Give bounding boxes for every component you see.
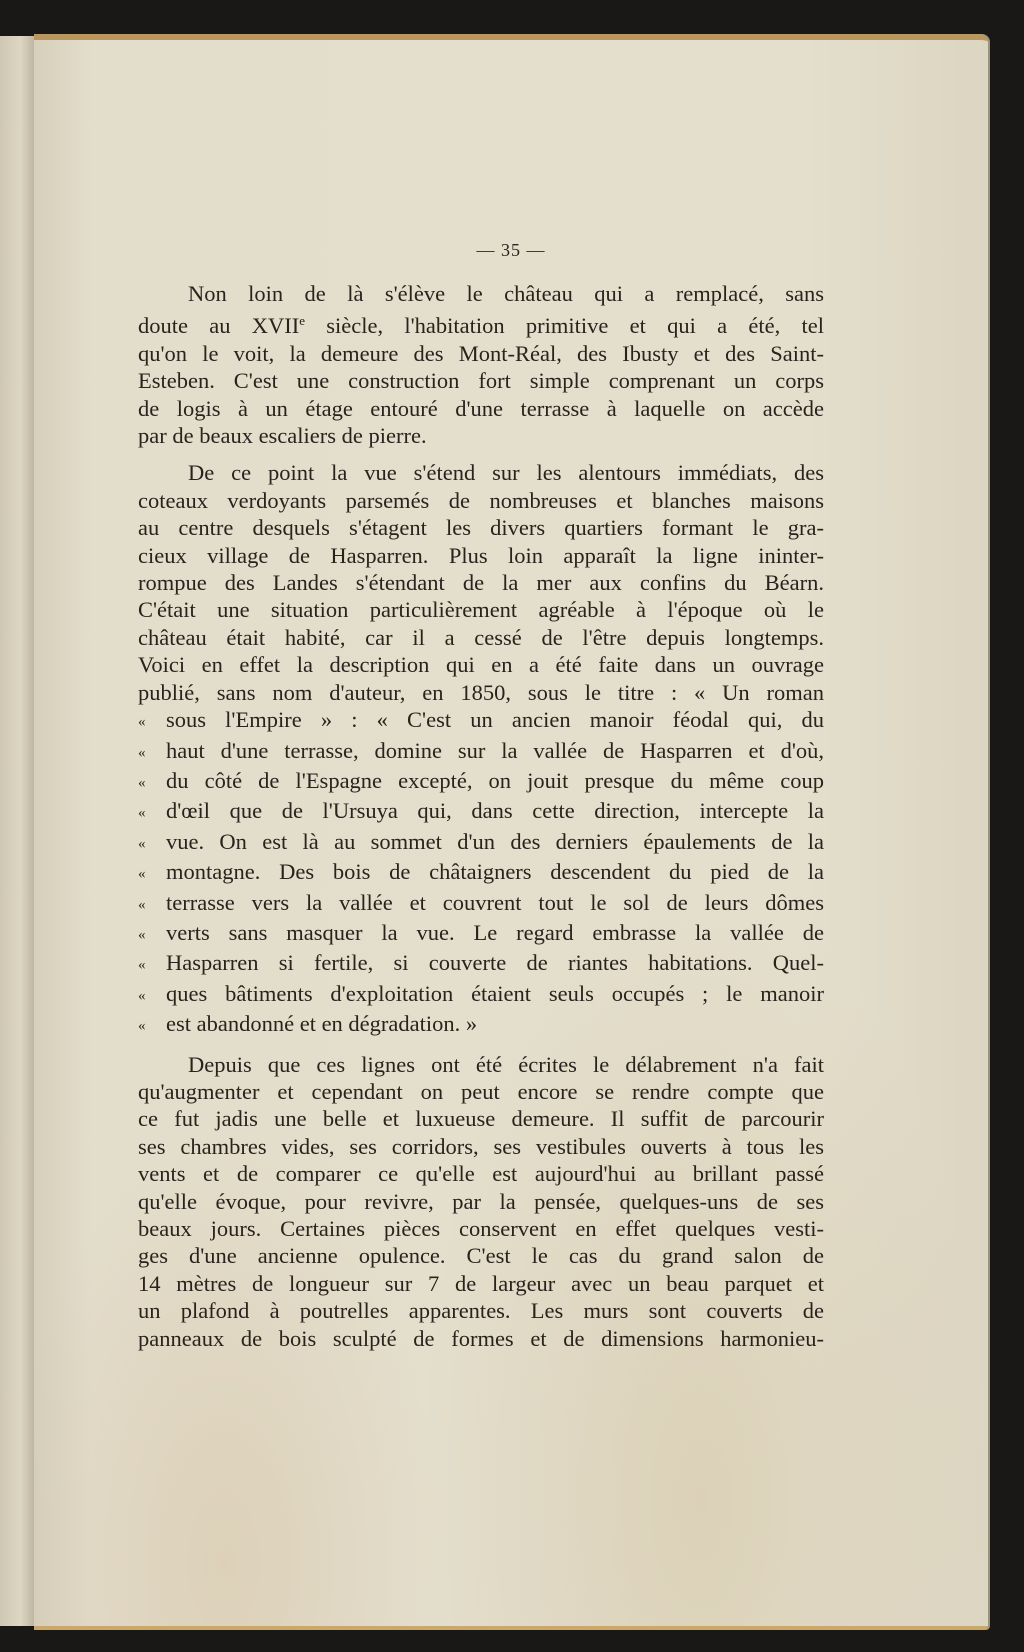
- text-line: ce fut jadis une belle et luxueuse demeu…: [138, 1105, 824, 1132]
- quote-mark: «: [138, 983, 166, 1010]
- quoted-text: d'œil que de l'Ursuya qui, dans cette di…: [166, 798, 824, 823]
- paragraph-1: Non loin de là s'élève le château qui a …: [138, 280, 824, 449]
- quoted-text: sous l'Empire » : « C'est un ancien mano…: [166, 707, 824, 732]
- text-line: Non loin de là s'élève le château qui a …: [138, 280, 824, 307]
- text-line: Voici en effet la description qui en a é…: [138, 651, 824, 678]
- text-line: ges d'une ancienne opulence. C'est le ca…: [138, 1242, 824, 1269]
- quote-mark: «: [138, 800, 166, 827]
- text-fragment: siècle, l'habitation primitive et qui a …: [305, 313, 824, 338]
- quoted-line: «haut d'une terrasse, domine sur la vall…: [138, 737, 824, 767]
- quoted-line: «Hasparren si fertile, si couverte de ri…: [138, 949, 824, 979]
- text-line: publié, sans nom d'auteur, en 1850, sous…: [138, 679, 824, 706]
- quote-mark: «: [138, 922, 166, 949]
- page-number: — 35 —: [34, 240, 988, 261]
- text-line: château était habité, car il a cessé de …: [138, 624, 824, 651]
- previous-page-edge: [0, 36, 36, 1626]
- text-line: ses chambres vides, ses corridors, ses v…: [138, 1133, 824, 1160]
- quoted-text: est abandonné et en dégradation. »: [166, 1011, 477, 1036]
- quoted-text: montagne. Des bois de châtaigners descen…: [166, 859, 824, 884]
- quoted-text: du côté de l'Espagne excepté, on jouit p…: [166, 768, 824, 793]
- text-line: qu'on le voit, la demeure des Mont-Réal,…: [138, 340, 824, 367]
- paragraph-3: Depuis que ces lignes ont été écrites le…: [138, 1051, 824, 1352]
- book-page: — 35 — Non loin de là s'élève le château…: [34, 34, 988, 1630]
- quoted-line: «ques bâtiments d'exploitation étaient s…: [138, 980, 824, 1010]
- quoted-line: «sous l'Empire » : « C'est un ancien man…: [138, 706, 824, 736]
- quoted-text: Hasparren si fertile, si couverte de ria…: [166, 950, 824, 975]
- quote-mark: «: [138, 709, 166, 736]
- text-line: C'était une situation particulièrement a…: [138, 596, 824, 623]
- text-line: 14 mètres de longueur sur 7 de largeur a…: [138, 1270, 824, 1297]
- text-line: vents et de comparer ce qu'elle est aujo…: [138, 1160, 824, 1187]
- quoted-text: terrasse vers la vallée et couvrent tout…: [166, 890, 824, 915]
- text-line: un plafond à poutrelles apparentes. Les …: [138, 1297, 824, 1324]
- quoted-text: haut d'une terrasse, domine sur la vallé…: [166, 738, 824, 763]
- quoted-line: «est abandonné et en dégradation. »: [138, 1010, 824, 1040]
- text-line: Depuis que ces lignes ont été écrites le…: [138, 1051, 824, 1078]
- text-fragment: doute au XVII: [138, 313, 299, 338]
- text-line: au centre desquels s'étagent les divers …: [138, 514, 824, 541]
- quote-mark: «: [138, 892, 166, 919]
- text-line: doute au XVIIe siècle, l'habitation prim…: [138, 307, 824, 339]
- quote-mark: «: [138, 861, 166, 888]
- quote-mark: «: [138, 1013, 166, 1040]
- text-line: cieux village de Hasparren. Plus loin ap…: [138, 542, 824, 569]
- quote-mark: «: [138, 740, 166, 767]
- quoted-line: «vue. On est là au sommet d'un des derni…: [138, 828, 824, 858]
- text-line: rompue des Landes s'étendant de la mer a…: [138, 569, 824, 596]
- quoted-text: ques bâtiments d'exploitation étaient se…: [166, 981, 824, 1006]
- text-line: Esteben. C'est une construction fort sim…: [138, 367, 824, 394]
- text-line: coteaux verdoyants parsemés de nombreuse…: [138, 487, 824, 514]
- quoted-text: vue. On est là au sommet d'un des dernie…: [166, 829, 824, 854]
- quoted-line: «du côté de l'Espagne excepté, on jouit …: [138, 767, 824, 797]
- text-line: de logis à un étage entouré d'une terras…: [138, 395, 824, 422]
- quote-mark: «: [138, 770, 166, 797]
- quote-mark: «: [138, 831, 166, 858]
- quoted-line: «verts sans masquer la vue. Le regard em…: [138, 919, 824, 949]
- text-line: qu'augmenter et cependant on peut encore…: [138, 1078, 824, 1105]
- text-line: panneaux de bois sculpté de formes et de…: [138, 1325, 824, 1352]
- quoted-line: «terrasse vers la vallée et couvrent tou…: [138, 889, 824, 919]
- text-line: beaux jours. Certaines pièces conservent…: [138, 1215, 824, 1242]
- text-line: par de beaux escaliers de pierre.: [138, 422, 824, 449]
- text-line: De ce point la vue s'étend sur les alent…: [138, 459, 824, 486]
- paragraph-2: De ce point la vue s'étend sur les alent…: [138, 459, 824, 1040]
- text-line: qu'elle évoque, pour revivre, par la pen…: [138, 1188, 824, 1215]
- quoted-line: «d'œil que de l'Ursuya qui, dans cette d…: [138, 797, 824, 827]
- body-text: Non loin de là s'élève le château qui a …: [138, 280, 824, 1352]
- quote-mark: «: [138, 952, 166, 979]
- quoted-line: «montagne. Des bois de châtaigners desce…: [138, 858, 824, 888]
- quoted-text: verts sans masquer la vue. Le regard emb…: [166, 920, 824, 945]
